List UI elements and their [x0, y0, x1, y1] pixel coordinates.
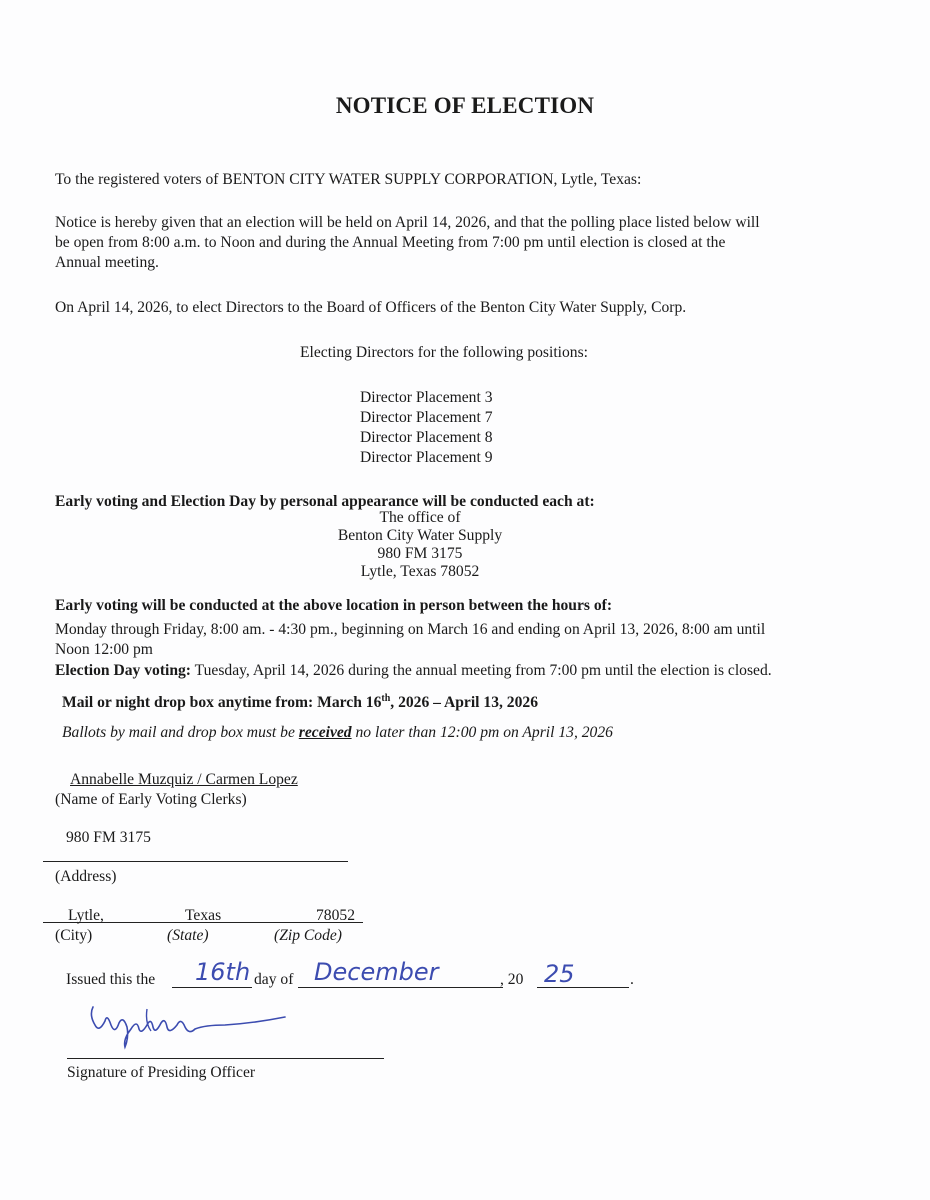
issued-prefix: Issued this the	[66, 970, 155, 990]
zip-value: 78052	[316, 906, 355, 926]
mail-dropbox-prefix: Mail or night drop box anytime from: Mar…	[62, 694, 381, 711]
early-voting-heading: Early voting will be conducted at the ab…	[55, 596, 612, 616]
mail-dropbox-suffix: , 2026 – April 13, 2026	[390, 694, 538, 711]
purpose-statement: On April 14, 2026, to elect Directors to…	[55, 298, 686, 318]
issued-middle: day of	[254, 970, 293, 990]
clerks-label: (Name of Early Voting Clerks)	[55, 790, 247, 810]
position-item: Director Placement 7	[360, 408, 493, 428]
election-day-text: Tuesday, April 14, 2026 during the annua…	[191, 662, 772, 679]
early-voting-hours: Monday through Friday, 8:00 am. - 4:30 p…	[55, 620, 765, 660]
city-label: (City)	[55, 926, 92, 946]
salutation: To the registered voters of BENTON CITY …	[55, 170, 641, 190]
mail-dropbox-sup: th	[381, 693, 390, 704]
signature-rule	[67, 1058, 384, 1059]
election-day-label: Election Day voting:	[55, 662, 191, 679]
signature-scribble-icon	[85, 995, 295, 1055]
position-item: Director Placement 8	[360, 428, 493, 448]
notice-of-election-page: NOTICE OF ELECTION To the registered vot…	[0, 0, 930, 1200]
notice-line-1: Notice is hereby given that an election …	[55, 213, 760, 233]
polling-location: The office of Benton City Water Supply 9…	[300, 509, 540, 581]
early-voting-line-2: Noon 12:00 pm	[55, 640, 765, 660]
location-line: The office of	[300, 509, 540, 527]
position-item: Director Placement 3	[360, 388, 493, 408]
issued-year-handwritten: 25	[544, 960, 575, 988]
notice-line-3: Annual meeting.	[55, 253, 760, 273]
ballots-note: Ballots by mail and drop box must be rec…	[62, 723, 613, 743]
early-voting-line-1: Monday through Friday, 8:00 am. - 4:30 p…	[55, 620, 765, 640]
signature-label: Signature of Presiding Officer	[67, 1063, 255, 1083]
position-item: Director Placement 9	[360, 448, 493, 468]
zip-label: (Zip Code)	[274, 926, 342, 946]
address-rule	[43, 861, 348, 862]
address-label: (Address)	[55, 867, 117, 887]
clerks-value: Annabelle Muzquiz / Carmen Lopez	[70, 770, 298, 790]
location-line: Benton City Water Supply	[300, 527, 540, 545]
mail-dropbox-dates: Mail or night drop box anytime from: Mar…	[62, 689, 538, 713]
positions-heading: Electing Directors for the following pos…	[300, 343, 588, 363]
notice-line-2: be open from 8:00 a.m. to Noon and durin…	[55, 233, 760, 253]
location-line: 980 FM 3175	[300, 545, 540, 563]
location-line: Lytle, Texas 78052	[300, 563, 540, 581]
city-state-zip-rule	[43, 922, 363, 923]
notice-paragraph: Notice is hereby given that an election …	[55, 213, 760, 273]
day-rule	[172, 987, 252, 988]
state-value: Texas	[185, 906, 221, 926]
address-value: 980 FM 3175	[66, 828, 151, 848]
month-rule	[298, 987, 503, 988]
election-day-voting: Election Day voting: Tuesday, April 14, …	[55, 661, 772, 681]
issued-month-handwritten: December	[314, 958, 438, 986]
issued-end: .	[630, 970, 634, 990]
document-title: NOTICE OF ELECTION	[0, 93, 930, 119]
state-label: (State)	[167, 926, 209, 946]
ballots-note-before: Ballots by mail and drop box must be	[62, 724, 299, 741]
issued-day-handwritten: 16th	[195, 958, 250, 986]
issued-year-prefix: , 20	[500, 970, 523, 990]
ballots-note-emphasis: received	[299, 724, 352, 741]
ballots-note-after: no later than 12:00 pm on April 13, 2026	[352, 724, 613, 741]
positions-list: Director Placement 3 Director Placement …	[360, 388, 493, 468]
city-value: Lytle,	[68, 906, 104, 926]
